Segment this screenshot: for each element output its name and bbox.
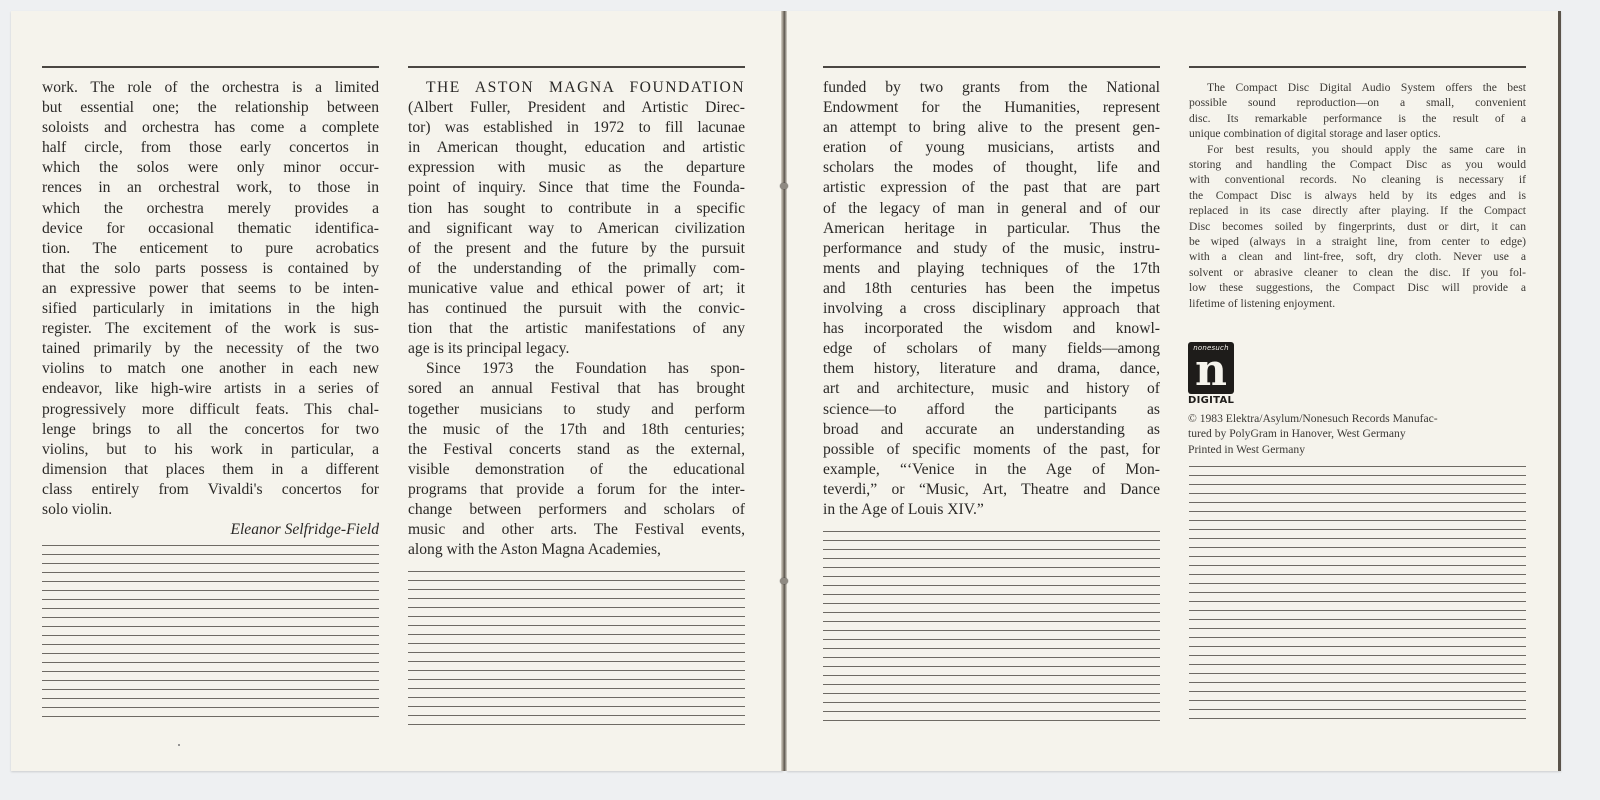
cd-paragraph-2: For best results, you should apply the s…	[1189, 142, 1526, 311]
text-line: For best results, you should apply the s…	[1189, 142, 1526, 157]
staple-top	[780, 183, 788, 189]
text-line: The Compact Disc Digital Audio System of…	[1189, 80, 1526, 95]
text-line: artistic expression of the past that are…	[823, 178, 1160, 198]
foundation-heading: THE ASTON MAGNA FOUNDATION	[408, 78, 745, 98]
column-top-rule	[1189, 66, 1526, 68]
text-line: that the solo parts possess is contained…	[42, 259, 379, 279]
text-line: with a clean and lint-free, soft, dry cl…	[1189, 249, 1526, 264]
text-line: disc. Its remarkable performance is the …	[1189, 111, 1526, 126]
copyright-line: Printed in West Germany	[1188, 442, 1508, 457]
text-line: unique combination of digital storage an…	[1189, 126, 1526, 141]
ruled-lines	[408, 571, 745, 725]
text-line: expression with music as the departure	[408, 158, 745, 178]
text-line: together musicians to study and perform	[408, 400, 745, 420]
text-line: municative value and ethical power of ar…	[408, 279, 745, 299]
text-line: which the orchestra merely provides a	[42, 199, 379, 219]
column-4: The Compact Disc Digital Audio System of…	[1189, 66, 1526, 311]
text-line: and 18th centuries has been the impetus	[823, 279, 1160, 299]
staple-bottom	[780, 578, 788, 584]
text-line: lifetime of listening enjoyment.	[1189, 296, 1526, 311]
text-line: scholars the modes of thought, life and	[823, 158, 1160, 178]
text-line: half circle, from those early concertos …	[42, 138, 379, 158]
text-line: an attempt to bring alive to the present…	[823, 118, 1160, 138]
compact-disc-care-text: The Compact Disc Digital Audio System of…	[1189, 80, 1526, 311]
digital-badge: DIGITAL	[1188, 395, 1236, 406]
text-line: ments and playing techniques of the 17th	[823, 259, 1160, 279]
text-line: class entirely from Vivaldi's concertos …	[42, 480, 379, 500]
column-top-rule	[42, 66, 379, 68]
text-line: register. The excitement of the work is …	[42, 319, 379, 339]
text-line: tion that the artistic manifestations of…	[408, 319, 745, 339]
text-line: tion. The enticement to pure acrobatics	[42, 239, 379, 259]
text-line: but essential one; the relationship betw…	[42, 98, 379, 118]
column-top-rule	[408, 66, 745, 68]
text-line: lenge brings to all the concertos for tw…	[42, 420, 379, 440]
text-line: funded by two grants from the National	[823, 78, 1160, 98]
text-line: possible of specific moments of the past…	[823, 440, 1160, 460]
author-signature: Eleanor Selfridge-Field	[42, 520, 379, 540]
text-line: in American thought, education and artis…	[408, 138, 745, 158]
text-line: dimension that places them in a differen…	[42, 460, 379, 480]
text-line: the music of the 17th and 18th centuries…	[408, 420, 745, 440]
foundation-paragraph-2: Since 1973 the Foundation has spon-sored…	[408, 359, 745, 560]
text-line: an expressive power that seems to be int…	[42, 279, 379, 299]
text-line: tion has sought to contribute in a speci…	[408, 199, 745, 219]
copyright-line: © 1983 Elektra/Asylum/Nonesuch Records M…	[1188, 411, 1508, 426]
column-2: THE ASTON MAGNA FOUNDATION (Albert Fulle…	[408, 66, 745, 560]
text-line: low these suggestions, the Compact Disc …	[1189, 280, 1526, 295]
text-line: music and other arts. The Festival event…	[408, 520, 745, 540]
nonesuch-logo-box: nonesuch n	[1188, 342, 1234, 394]
text-line: Endowment for the Humanities, represent	[823, 98, 1160, 118]
text-line: (Albert Fuller, President and Artistic D…	[408, 98, 745, 118]
text-line: age is its principal legacy.	[408, 339, 745, 359]
text-line: solvent or abrasive cleaner to clean the…	[1189, 265, 1526, 280]
ruled-lines	[1189, 466, 1526, 726]
text-line: has incorporated the wisdom and knowl-	[823, 319, 1160, 339]
text-line: teverdi,” or “Music, Art, Theatre and Da…	[823, 480, 1160, 500]
foundation-text: THE ASTON MAGNA FOUNDATION (Albert Fulle…	[408, 78, 745, 560]
text-line: Since 1973 the Foundation has spon-	[408, 359, 745, 379]
text-line: storing and handling the Compact Disc as…	[1189, 157, 1526, 172]
text-line: device for occasional thematic identific…	[42, 219, 379, 239]
essay-text: work. The role of the orchestra is a lim…	[42, 78, 379, 520]
text-line: possible sound reproduction—on a small, …	[1189, 95, 1526, 110]
text-line: endeavor, like high-wire artists in a se…	[42, 379, 379, 399]
text-line: example, “‘Venice in the Age of Mon-	[823, 460, 1160, 480]
text-line: solo violin.	[42, 500, 379, 520]
text-line: violins to match one another in each new	[42, 359, 379, 379]
foundation-paragraph-1: (Albert Fuller, President and Artistic D…	[408, 98, 745, 359]
text-line: science—to afford the participants as	[823, 400, 1160, 420]
text-line: in the Age of Louis XIV.”	[823, 500, 1160, 520]
foundation-continued-text: funded by two grants from the NationalEn…	[823, 78, 1160, 520]
paper-speck	[178, 744, 180, 746]
text-line: the Festival concerts stand as the exter…	[408, 440, 745, 460]
nonesuch-n-icon: n	[1188, 348, 1234, 394]
text-line: work. The role of the orchestra is a lim…	[42, 78, 379, 98]
text-line: involving a cross disciplinary approach …	[823, 299, 1160, 319]
text-line: them history, literature and drama, danc…	[823, 359, 1160, 379]
text-line: and significant way to American civiliza…	[408, 219, 745, 239]
column-3: funded by two grants from the NationalEn…	[823, 66, 1160, 520]
text-line: rences in an orchestral work, to those i…	[42, 178, 379, 198]
text-line: visible demonstration of the educational	[408, 460, 745, 480]
text-line: replaced in its case directly after play…	[1189, 203, 1526, 218]
text-line: sified particularly in imitations in the…	[42, 299, 379, 319]
booklet-spine	[781, 11, 787, 771]
text-line: broad and accurate an understanding as	[823, 420, 1160, 440]
text-line: tor) was established in 1972 to fill lac…	[408, 118, 745, 138]
text-line: has continued the pursuit with the convi…	[408, 299, 745, 319]
copyright-notice: © 1983 Elektra/Asylum/Nonesuch Records M…	[1188, 411, 1508, 457]
text-line: change between performers and scholars o…	[408, 500, 745, 520]
text-line: be wiped (always in a straight line, fro…	[1189, 234, 1526, 249]
text-line: along with the Aston Magna Academies,	[408, 540, 745, 560]
text-line: programs that provide a forum for the in…	[408, 480, 745, 500]
text-line: soloists and orchestra has come a comple…	[42, 118, 379, 138]
copyright-line: tured by PolyGram in Hanover, West Germa…	[1188, 426, 1508, 441]
text-line: performance and study of the music, inst…	[823, 239, 1160, 259]
ruled-lines	[823, 531, 1160, 725]
text-line: sored an annual Festival that has brough…	[408, 379, 745, 399]
text-line: of the present and the future by the pur…	[408, 239, 745, 259]
text-line: tained primarily by the necessity of the…	[42, 339, 379, 359]
text-line: of the legacy of man in general and of o…	[823, 199, 1160, 219]
text-line: edge of scholars of many fields—among	[823, 339, 1160, 359]
text-line: progressively more difficult feats. This…	[42, 400, 379, 420]
column-1: work. The role of the orchestra is a lim…	[42, 66, 379, 540]
column-top-rule	[823, 66, 1160, 68]
text-line: point of inquiry. Since that time the Fo…	[408, 178, 745, 198]
text-line: which the solos were only minor occur-	[42, 158, 379, 178]
text-line: Disc becomes soiled by fingerprints, dus…	[1189, 219, 1526, 234]
nonesuch-digital-logo: nonesuch n DIGITAL	[1188, 342, 1236, 406]
text-line: of the understanding of the primally com…	[408, 259, 745, 279]
text-line: American heritage in particular. Thus th…	[823, 219, 1160, 239]
text-line: art and architecture, music and history …	[823, 379, 1160, 399]
cd-paragraph-1: The Compact Disc Digital Audio System of…	[1189, 80, 1526, 142]
text-line: eration of young musicians, artists and	[823, 138, 1160, 158]
text-line: violins, but to his work in particular, …	[42, 440, 379, 460]
text-line: the Compact Disc is always held by its e…	[1189, 188, 1526, 203]
text-line: with conventional records. No cleaning i…	[1189, 172, 1526, 187]
ruled-lines	[42, 545, 379, 725]
